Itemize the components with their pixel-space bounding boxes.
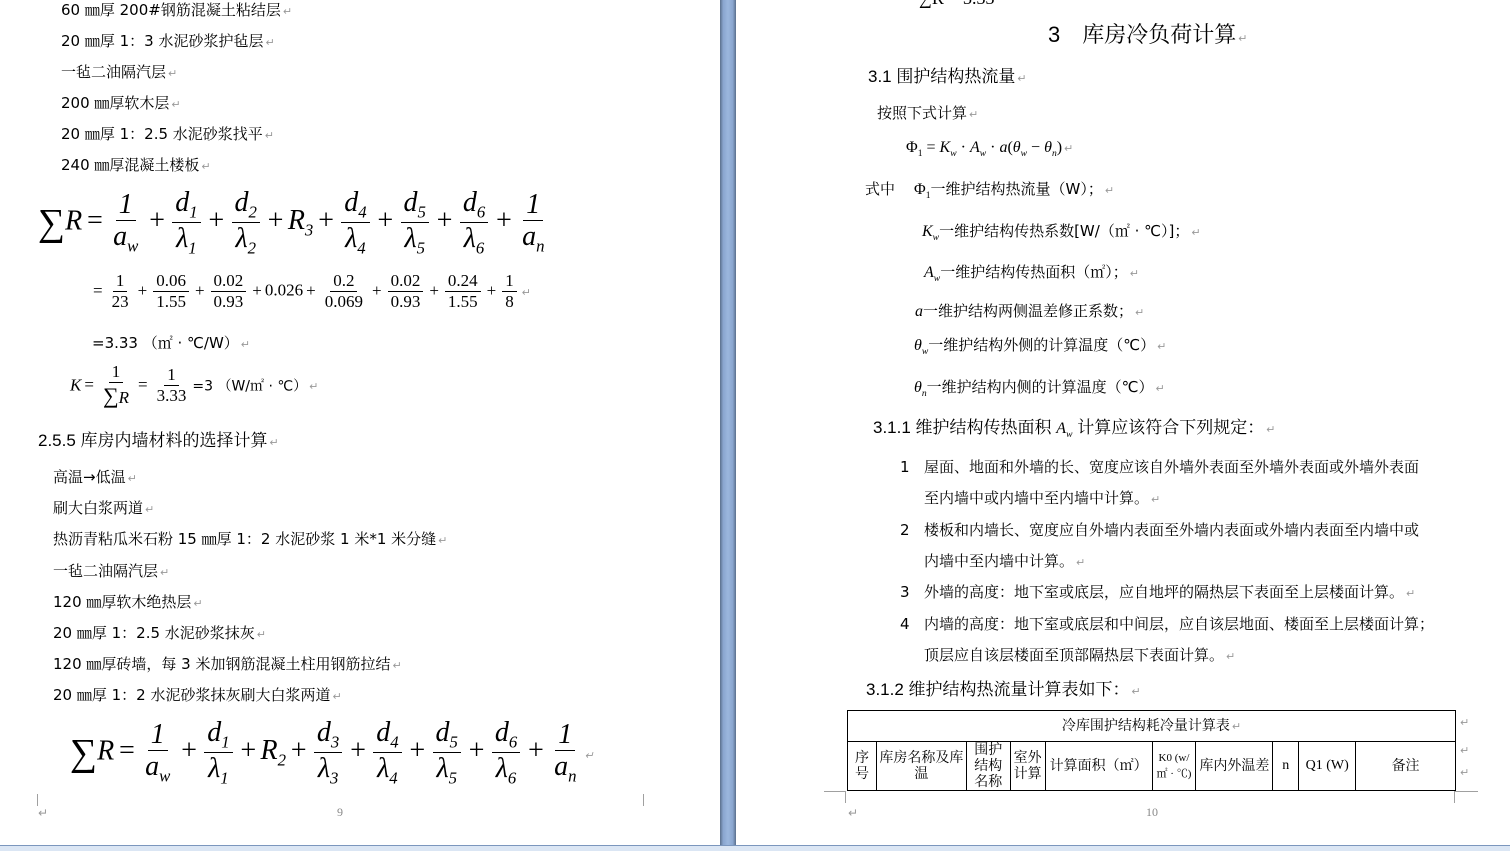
denominator: λ5 [401,223,428,258]
table-header-cell: 库内外温差 [1196,742,1273,791]
equals-sign: = [84,375,94,394]
k-symbol: K [70,375,81,394]
subscript: 4 [390,733,398,752]
table-header-cell: 库房名称及库温 [876,742,966,791]
paragraph-mark: ↵ [438,534,447,547]
denominator: 1.55 [153,292,189,312]
table-header-row: 序号库房名称及库温围护结构名称室外计算计算面积（㎡）K0 (w/㎡ · ℃)库内… [848,742,1456,791]
fraction: 123 [109,272,132,311]
plus-sign: + [467,735,486,766]
layer-item-text: 20 ㎜厚 1：2.5 水泥砂浆抹灰 [53,624,255,642]
paragraph-mark: ↵ [265,36,274,49]
plus-sign: + [487,281,497,300]
layer-item: 刷大白浆两道↵ [53,499,154,519]
subscript: 5 [450,733,458,752]
denominator: λ3 [315,753,342,788]
math-symbol: d1 [207,717,229,748]
denominator: aw [142,751,173,786]
subscript: n [568,767,576,786]
denominator: 0.93 [388,292,424,312]
math-symbol: d6 [495,717,517,748]
math-symbol: d1 [175,187,197,218]
plus-sign: + [376,205,395,236]
numerator: 0.02 [211,272,247,292]
subscript: n [536,237,544,256]
fraction: 1an [551,720,579,787]
denominator: 3.33 [154,386,190,406]
table-caption-row: 冷库围护结构耗冷量计算表↵ [848,711,1456,742]
fraction: d2λ2 [232,188,260,258]
math-symbol: 1 [119,189,133,220]
k-value-formula: K=1∑R=13.33=3 （W/㎡ · ℃）↵ [70,363,318,408]
denominator: 1.55 [445,292,481,312]
paragraph-mark: ↵ [392,659,401,672]
layer-item-text: 高温→低温 [53,468,126,486]
math-symbol: 1 [558,719,572,750]
rule-line: 2楼板和内墙长、宽度应自外墙内表面至外墙内表面或外墙内表面至内墙中或 [900,521,1419,539]
definition-text: 一维护结构热流量（W）； [931,180,1103,198]
plus-sign: + [306,281,316,300]
table-header-cell: 备注 [1356,742,1456,791]
numerator: 0.06 [153,272,189,292]
fraction: d6λ6 [492,718,520,788]
math-symbol: 1 [526,189,540,220]
plus-sign: + [348,735,367,766]
numerator: d3 [314,718,342,753]
equals-sign: = [117,735,136,766]
math-symbol: λ2 [235,223,256,254]
denominator: λ1 [173,223,200,258]
math-symbol: λ1 [176,223,197,254]
layer-item: 200 ㎜厚软木层↵ [61,94,181,114]
definition-item: θw一维护结构外侧的计算温度（℃）↵ [914,336,1166,361]
calc-intro: 按照下式计算↵ [877,104,978,124]
fraction: 18 [502,272,517,311]
layer-item-text: 20 ㎜厚 1：3 水泥砂浆护毡层 [61,32,263,50]
table-header-cell: 室外计算 [1010,742,1045,791]
sigma-symbol: ∑ [70,732,97,774]
fraction: 13.33 [154,366,190,405]
math-symbol: R3 [288,205,314,236]
fraction: 0.061.55 [153,272,189,311]
math-symbol: Kw [922,223,939,240]
denominator: an [519,221,547,256]
cold-load-calculation-table: 冷库围护结构耗冷量计算表↵ 序号库房名称及库温围护结构名称室外计算计算面积（㎡）… [847,710,1456,791]
paragraph-mark: ↵ [522,287,531,299]
value: 0.026 [265,281,303,300]
section-heading-2-5-5: 2.5.5 库房内墙材料的选择计算↵ [38,431,279,453]
rule-line: 顶层应自该层楼面至顶部隔热层下表面计算。↵ [924,646,1235,666]
subscript: 4 [357,239,365,258]
layer-item-text: 60 ㎜厚 200#钢筋混凝土粘结层 [61,1,281,19]
plus-sign: + [289,735,308,766]
plus-sign: + [526,735,545,766]
numerator: d5 [401,188,429,223]
subscript: 5 [418,203,426,222]
fraction: d3λ3 [314,718,342,788]
rule-text: 内墙中至内墙中计算。 [924,552,1074,570]
denominator: λ6 [493,753,520,788]
numerator: d4 [341,188,369,223]
numerator: 1 [109,363,124,383]
sigma-symbol: ∑ [103,383,119,408]
subscript: 4 [358,203,366,222]
numerator: 0.02 [388,272,424,292]
page-number: 9 [337,805,343,820]
layer-item: 20 ㎜厚 1：2.5 水泥砂浆抹灰↵ [53,624,266,644]
paragraph-mark: ↵ [171,98,180,111]
subscript: 1 [189,203,197,222]
heat-flow-formula: Φ1 = Kw · Aw · a(θw − θn)↵ [906,139,1073,159]
rule-text: 内墙的高度：地下室或底层和中间层，应自该层地面、楼面至上层楼面计算； [924,615,1434,633]
numerator: 1 [164,366,179,386]
subscript: 1 [221,733,229,752]
paragraph-mark: ↵ [1460,766,1469,779]
math-symbol: λ6 [496,753,517,784]
fraction: 0.241.55 [445,272,481,311]
rule-line: 1屋面、地面和外墙的长、宽度应该自外墙外表面至外墙外表面或外墙外表面 [900,458,1419,476]
fraction: 1aw [110,190,141,257]
layer-item: 20 ㎜厚 1：2.5 水泥砂浆找平↵ [61,125,274,145]
plus-sign: + [179,735,198,766]
page-margin-corner [1454,791,1478,803]
math-symbol: a [915,303,923,320]
paragraph-mark: ↵ [1105,184,1114,197]
paragraph-mark: ↵ [1156,382,1165,395]
math-symbol: R2 [261,735,287,766]
subscript: 6 [476,239,484,258]
definition-text: 一维护结构内侧的计算温度（℃） [927,378,1154,396]
numerator: d1 [204,718,232,753]
math-symbol: aw [113,221,138,252]
math-symbol: θw [914,337,928,354]
definition-item: Φ1一维护结构热流量（W）；↵ [914,180,1114,205]
math-symbol: λ1 [208,753,229,784]
paragraph-mark: ↵ [848,806,858,820]
math-symbol: λ6 [464,223,485,254]
layer-item: 一毡二油隔汽层↵ [53,562,169,582]
fraction: 1an [519,190,547,257]
rule-line: 3外墙的高度：地下室或底层，应自地坪的隔热层下表面至上层楼面计算。↵ [900,583,1415,603]
table-header-cell: 计算面积（㎡） [1045,742,1152,791]
numerator: 1 [502,272,517,292]
denominator: an [551,751,579,786]
numerator: 1 [113,272,128,292]
paragraph-mark: ↵ [1460,716,1469,729]
chapter-title: 3 库房冷负荷计算↵ [1048,22,1247,52]
math-symbol: λ4 [345,223,366,254]
denominator: λ4 [374,753,401,788]
fraction: 0.20.069 [322,272,366,311]
table-header-cell: Q1 (W) [1299,742,1356,791]
paragraph-mark: ↵ [168,67,177,80]
definition-item: a一维护结构两侧温差修正系数；↵ [915,302,1144,322]
numerator: d4 [373,718,401,753]
fraction: d1λ1 [204,718,232,788]
paragraph-mark: ↵ [309,380,318,393]
math-symbol: d2 [235,187,257,218]
layer-item: 60 ㎜厚 200#钢筋混凝土粘结层↵ [61,1,292,21]
numerator: 0.2 [330,272,357,292]
subscript: 5 [449,769,457,788]
subscript: 6 [477,203,485,222]
rule-text: 外墙的高度：地下室或底层，应自地坪的隔热层下表面至上层楼面计算。 [924,583,1404,601]
numerator: d6 [492,718,520,753]
paragraph-mark: ↵ [160,566,169,579]
table-caption: 冷库围护结构耗冷量计算表↵ [848,711,1456,742]
layer-item: 240 ㎜厚混凝土楼板↵ [61,156,211,176]
math-symbol: d5 [404,187,426,218]
layer-item: 一毡二油隔汽层↵ [61,63,177,83]
paragraph-mark: ↵ [585,750,594,762]
plus-sign: + [252,281,262,300]
subscript: 4 [389,769,397,788]
definition-text: 一维护结构外侧的计算温度（℃） [928,336,1155,354]
section-heading-3-1-2: 3.1.2 维护结构热流量计算表如下：↵ [866,680,1141,702]
subscript: 3 [305,221,313,240]
paragraph-mark: ↵ [332,690,341,703]
subscript: 3 [330,769,338,788]
rule-number: 2 [900,521,924,539]
subscript: 1 [220,769,228,788]
paragraph-mark: ↵ [1226,650,1235,663]
subscript: 6 [508,769,516,788]
rule-line: 内墙中至内墙中计算。↵ [924,552,1085,572]
plus-sign: + [372,281,382,300]
layer-item: 120 ㎜厚软木绝热层↵ [53,593,203,613]
denominator: 0.069 [322,292,366,312]
plus-sign: + [494,205,513,236]
subscript: w [127,237,138,256]
math-symbol: aw [145,751,170,782]
definition-item: Kw一维护结构传热系数[W/（㎡ · ℃）]；↵ [922,222,1201,247]
plus-sign: + [316,205,335,236]
section-heading-3-1: 3.1 围护结构热流量↵ [868,67,1027,89]
denominator: λ5 [433,753,460,788]
numerator: d6 [460,188,488,223]
formula-lhs: R [97,735,114,766]
paragraph-mark: ↵ [1076,556,1085,569]
plus-sign: + [266,205,285,236]
math-symbol: Φ1 [914,181,931,198]
paragraph-mark: ↵ [128,472,137,485]
paragraph-mark: ↵ [38,806,48,820]
math-symbol: λ3 [318,753,339,784]
math-symbol: d4 [376,717,398,748]
plus-sign: + [195,281,205,300]
denominator: λ4 [342,223,369,258]
subscript: 1 [188,239,196,258]
fraction: d5λ5 [401,188,429,258]
denominator: λ6 [461,223,488,258]
denominator: λ1 [205,753,232,788]
paragraph-mark: ↵ [1191,226,1200,239]
paragraph-mark: ↵ [1460,744,1469,757]
paragraph-mark: ↵ [1130,267,1139,280]
paragraph-mark: ↵ [193,597,202,610]
where-label: 式中 [865,180,895,198]
layer-item-text: 120 ㎜厚软木绝热层 [53,593,191,611]
layer-item-text: 120 ㎜厚砖墙，每 3 米加钢筋混凝土柱用钢筋拉结 [53,655,390,673]
layer-item-text: 一毡二油隔汽层 [53,562,158,580]
denominator: λ2 [232,223,259,258]
paragraph-mark: ↵ [283,5,292,18]
page-gutter [720,0,736,845]
numerator: 1 [523,190,543,222]
subscript: 5 [417,239,425,258]
paragraph-mark: ↵ [145,503,154,516]
rule-number: 4 [900,615,924,633]
math-symbol: Aw [924,264,940,281]
fraction: d4λ4 [341,188,369,258]
document-page-9: 60 ㎜厚 200#钢筋混凝土粘结层↵20 ㎜厚 1：3 水泥砂浆护毡层↵一毡二… [0,0,720,845]
numerator: d1 [172,188,200,223]
thermal-resistance-formula-wall: ∑R=1aw+d1λ1+R2+d3λ3+d4λ4+d5λ5+d6λ6+1an↵ [70,718,594,788]
subscript: 2 [278,751,286,770]
page-margin-corner [824,791,846,803]
numerator: 1 [555,720,575,752]
rule-number: 3 [900,583,924,601]
plus-sign: + [435,205,454,236]
numerator: d2 [232,188,260,223]
paragraph-mark: ↵ [201,160,210,173]
math-symbol: an [522,221,544,252]
math-symbol: 1 [151,719,165,750]
paragraph-mark: ↵ [1157,340,1166,353]
math-symbol: λ5 [436,753,457,784]
fraction: 0.020.93 [388,272,424,311]
fraction: d5λ5 [433,718,461,788]
subscript: w [159,767,170,786]
denominator: 23 [109,292,132,312]
thermal-resistance-values: =123+0.061.55+0.020.93+0.026+0.20.069+0.… [90,272,531,311]
layer-item: 120 ㎜厚砖墙，每 3 米加钢筋混凝土柱用钢筋拉结↵ [53,655,402,675]
plus-sign: + [408,735,427,766]
definition-text: 一维护结构传热系数[W/（㎡ · ℃）]； [939,222,1189,240]
fraction: 1aw [142,720,173,787]
section-heading-3-1-1: 3.1.1 维护结构传热面积 Aw 计算应该符合下列规定：↵ [873,418,1275,445]
fraction: 0.020.93 [211,272,247,311]
plus-sign: + [429,281,439,300]
k-result: =3 （W/㎡ · ℃） [192,378,307,394]
layer-item-text: 20 ㎜厚 1：2 水泥砂浆抹灰刷大白浆两道 [53,686,330,704]
layer-item-text: 20 ㎜厚 1：2.5 水泥砂浆找平 [61,125,263,143]
fraction: 1∑R [100,363,132,408]
math-symbol: d3 [317,717,339,748]
layer-item-text: 一毡二油隔汽层 [61,63,166,81]
denominator: 8 [502,292,517,312]
paragraph-mark: ↵ [1406,587,1415,600]
status-bar-edge [0,845,1510,851]
paragraph-mark: ↵ [1135,306,1144,319]
plus-sign: + [239,735,258,766]
subscript: 2 [248,239,256,258]
equals-sign: = [138,375,148,394]
fraction: d6λ6 [460,188,488,258]
definition-item: θn一维护结构内侧的计算温度（℃）↵ [914,378,1165,403]
numerator: 1 [116,190,136,222]
subscript: 3 [331,733,339,752]
definition-text: 一维护结构传热面积（㎡）； [940,263,1128,281]
table-header-cell: 围护结构名称 [966,742,1010,791]
table-header-cell: 序号 [848,742,877,791]
numerator: d5 [433,718,461,753]
layer-item: 20 ㎜厚 1：2 水泥砂浆抹灰刷大白浆两道↵ [53,686,342,706]
layer-item-text: 刷大白浆两道 [53,499,143,517]
equals-sign: = [93,281,103,300]
layer-item: 20 ㎜厚 1：3 水泥砂浆护毡层↵ [61,32,275,52]
math-symbol: λ4 [377,753,398,784]
paragraph-mark: ↵ [1151,493,1160,506]
layer-item-text: 200 ㎜厚软木层 [61,94,169,112]
numerator: 1 [148,720,168,752]
rule-text: 楼板和内墙长、宽度应自外墙内表面至外墙内表面或外墙内表面至内墙中或 [924,521,1419,539]
sigma-symbol: ∑ [38,202,65,244]
plus-sign: + [147,205,166,236]
subscript: 6 [509,733,517,752]
rule-line: 至内墙中或内墙中至内墙中计算。↵ [924,489,1160,509]
cutoff-formula-fragment: ∑R = 3.33 [919,0,995,9]
denominator: aw [110,221,141,256]
denominator: 0.93 [211,292,247,312]
rule-text: 屋面、地面和外墙的长、宽度应该自外墙外表面至外墙外表面或外墙外表面 [924,458,1419,476]
layer-item-text: 热沥青粘瓜米石粉 15 ㎜厚 1：2 水泥砂浆 1 米*1 米分缝 [53,530,436,548]
math-symbol: λ5 [404,223,425,254]
paragraph-mark: ↵ [257,628,266,641]
layer-item-text: 240 ㎜厚混凝土楼板 [61,156,199,174]
thermal-resistance-formula-floor: ∑R=1aw+d1λ1+d2λ2+R3+d4λ4+d5λ5+d6λ6+1an [38,188,551,258]
rule-text: 顶层应自该层楼面至顶部隔热层下表面计算。 [924,646,1224,664]
subscript: 2 [249,203,257,222]
math-symbol: θn [914,379,927,396]
sum-r-result: =3.33 （㎡ · ℃/W）↵ [92,334,250,354]
fraction: d4λ4 [373,718,401,788]
layer-item: 热沥青粘瓜米石粉 15 ㎜厚 1：2 水泥砂浆 1 米*1 米分缝↵ [53,530,447,550]
definition-item: Aw一维护结构传热面积（㎡）；↵ [924,263,1139,288]
paragraph-mark: ↵ [265,129,274,142]
denominator: ∑R [100,383,132,408]
rule-number: 1 [900,458,924,476]
numerator: 0.24 [445,272,481,292]
rule-text: 至内墙中或内墙中至内墙中计算。 [924,489,1149,507]
page-margin-corner [643,794,644,806]
table-header-cell: n [1273,742,1299,791]
layer-item: 高温→低温↵ [53,468,137,488]
r-symbol: R [119,388,129,407]
formula-lhs: R [65,205,82,236]
equals-sign: = [85,205,104,236]
plus-sign: + [207,205,226,236]
page-margin-corner [37,794,38,806]
plus-sign: + [138,281,148,300]
math-symbol: an [554,751,576,782]
definition-text: 一维护结构两侧温差修正系数； [923,302,1133,320]
math-symbol: d6 [463,187,485,218]
table-header-cell: K0 (w/㎡ · ℃) [1152,742,1196,791]
math-symbol: d5 [436,717,458,748]
rule-line: 4内墙的高度：地下室或底层和中间层，应自该层地面、楼面至上层楼面计算； [900,615,1434,633]
page-number: 10 [1146,805,1158,820]
fraction: d1λ1 [172,188,200,258]
math-symbol: d4 [344,187,366,218]
